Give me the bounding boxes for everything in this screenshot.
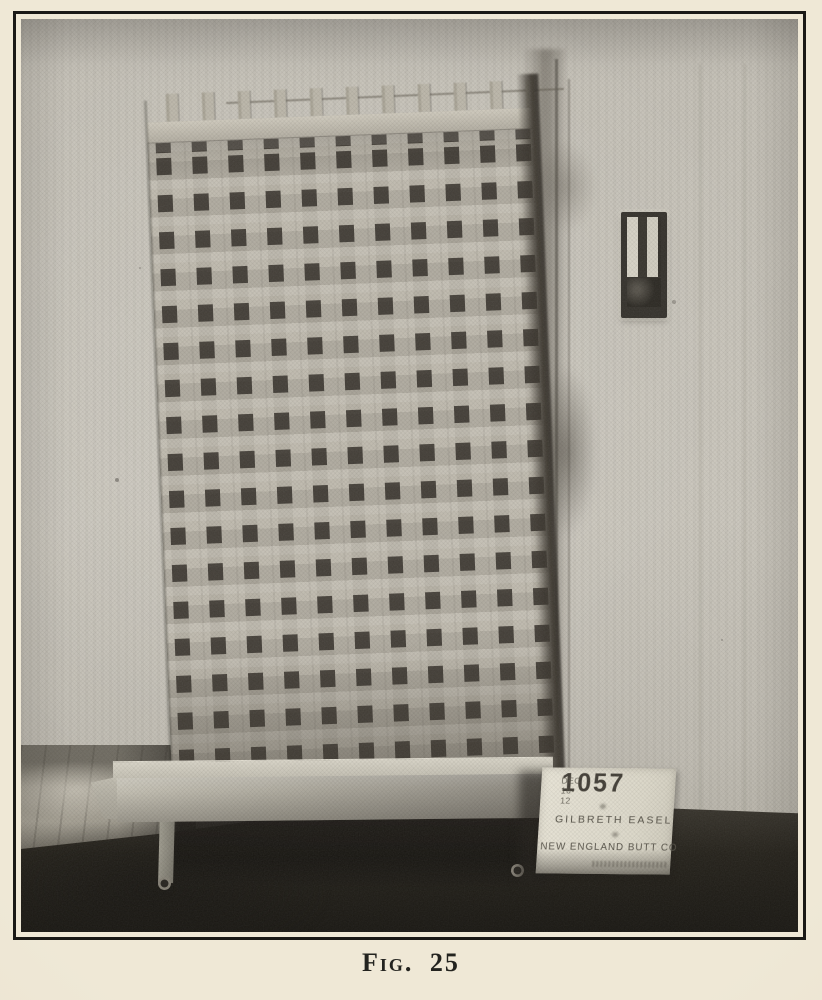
- wall-seam: [744, 64, 746, 834]
- gauge-base: [627, 278, 661, 307]
- sign-card: 1057 DEC 16-12 GILBRETH EASEL NEW ENGLAN…: [536, 767, 677, 874]
- bench-front: [117, 774, 553, 823]
- sign-line-easel: GILBRETH EASEL: [555, 813, 673, 826]
- photo-frame: 1057 DEC 16-12 GILBRETH EASEL NEW ENGLAN…: [13, 11, 806, 940]
- figure-caption: Fig. 25: [0, 948, 822, 978]
- photograph: 1057 DEC 16-12 GILBRETH EASEL NEW ENGLAN…: [21, 19, 798, 932]
- wall-gauge-icon: [621, 212, 667, 318]
- bench-shadow: [170, 815, 551, 887]
- sign-small-mark: [612, 832, 618, 837]
- bench-caster: [158, 877, 171, 890]
- wall-seam: [699, 64, 701, 834]
- photo-specks: [21, 19, 23, 21]
- book-page: 1057 DEC 16-12 GILBRETH EASEL NEW ENGLAN…: [0, 0, 822, 1000]
- sign-date: DEC 16-12: [560, 776, 581, 806]
- sign-bottom-shade: [536, 847, 672, 874]
- easel-lattice-grid: [148, 129, 560, 794]
- sign-small-mark: [600, 804, 606, 809]
- gilbreth-easel: [146, 80, 560, 794]
- gauge-slots: [627, 217, 661, 277]
